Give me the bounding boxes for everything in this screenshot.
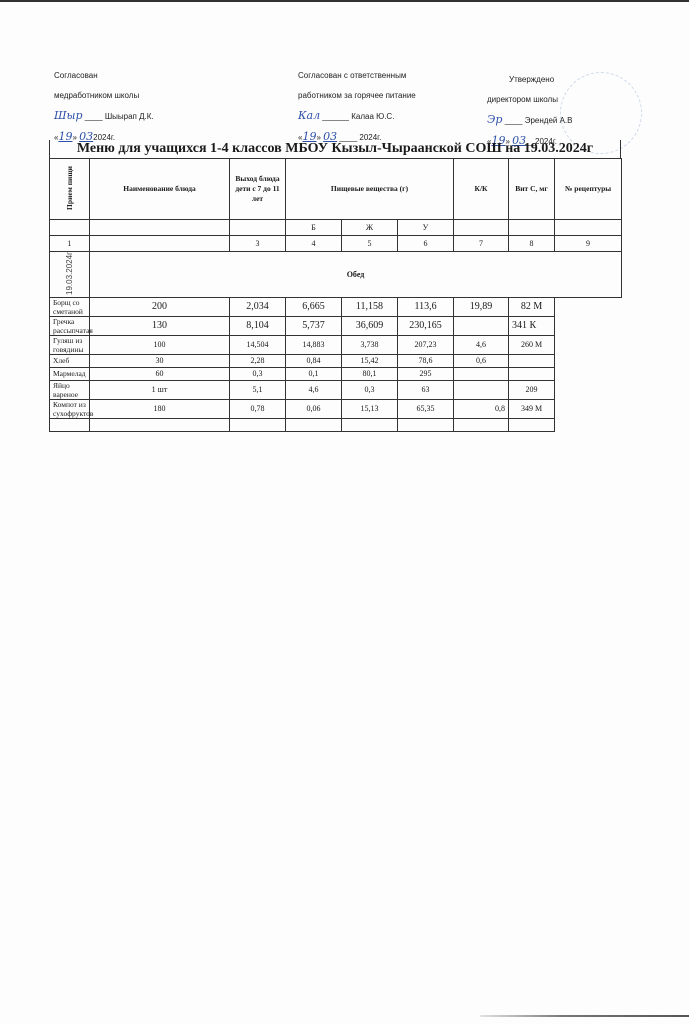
cell-kcal: 63 [398,380,454,399]
cell-zh: 14,883 [286,335,342,354]
table-row: Гуляш из говядины10014,50414,8833,738207… [50,335,622,354]
approval-line1: Согласован [54,66,154,86]
top-edge-line [0,0,689,2]
approval-medical: Согласован медработником школы Шыр ____ … [54,66,154,148]
approval-name: Шыырап Д.К. [105,112,154,121]
approval-name-line: Шыр ____ Шыырап Д.К. [54,106,154,127]
cell-recipe [509,367,555,380]
approval-line2: директором школы [487,90,573,110]
cell-yield: 100 [90,335,230,354]
cell-recipe [509,418,555,431]
cell-zh: 0,1 [286,367,342,380]
cell-recipe [509,354,555,367]
table-row [50,418,622,431]
cell-vitc [454,316,509,335]
cell-recipe: 349 М [509,399,555,418]
cell-vitc [454,380,509,399]
cell-kcal: 78,6 [398,354,454,367]
cell-b: 0,3 [230,367,286,380]
cell-u: 11,158 [342,297,398,316]
cell-yield [90,418,230,431]
signature: Кал [298,109,320,122]
cell-vitc [454,367,509,380]
section-row: 19.03.2024г Обед [50,252,622,298]
approval-food-responsible: Согласован с ответственным работником за… [298,66,416,148]
section-title: Обед [90,252,622,298]
cell-b: 2,28 [230,354,286,367]
menu-document: Меню для учащихся 1-4 классов МБОУ Кызыл… [49,140,621,432]
page-title: Меню для учащихся 1-4 классов МБОУ Кызыл… [49,140,621,158]
cell-yield: 30 [90,354,230,367]
cell-recipe: 209 [509,380,555,399]
cell-vitc: 0,8 [454,399,509,418]
cell-dish [50,418,90,431]
cell-yield: 180 [90,399,230,418]
subheader-zh: Ж [342,220,398,236]
table-row: Яйцо вареное1 шт5,14,60,363209 [50,380,622,399]
cell-u [342,418,398,431]
cell-u: 15,13 [342,399,398,418]
menu-table: Прием пищи Наименование блюда Выход блюд… [49,158,622,432]
cell-yield: 60 [90,367,230,380]
cell-yield: 200 [90,297,230,316]
cell-b: 14,504 [230,335,286,354]
table-row: Мармелад600,30,180,1295 [50,367,622,380]
cell-dish: Гуляш из говядины [50,335,90,354]
cell-dish: Мармелад [50,367,90,380]
cell-dish: Борщ со сметаной [50,297,90,316]
table-row: Компот из сухофруктов1800,780,0615,1365,… [50,399,622,418]
approval-name-line: Кал ______ Калаа Ю.С. [298,106,416,127]
header-recipe: № рецептуры [555,159,622,220]
header-dish: Наименование блюда [90,159,230,220]
cell-u: 36,609 [342,316,398,335]
cell-yield: 1 шт [90,380,230,399]
cell-dish: Компот из сухофруктов [50,399,90,418]
cell-yield: 130 [90,316,230,335]
numbering-row: 1 3 4 5 6 7 8 9 [50,236,622,252]
cell-b: 0,78 [230,399,286,418]
cell-recipe: 260 М [509,335,555,354]
cell-vitc: 4,6 [454,335,509,354]
cell-b: 8,104 [230,316,286,335]
cell-zh: 5,737 [286,316,342,335]
cell-zh [286,418,342,431]
cell-recipe: 341 К [509,316,555,335]
cell-b: 2,034 [230,297,286,316]
subheader-row: Б Ж У [50,220,622,236]
approval-name: Эрендей А.В [525,116,573,125]
cell-kcal: 113,6 [398,297,454,316]
header-nutrients: Пищевые вещества (г) [286,159,454,220]
approval-line1: Утверждено [487,70,573,90]
cell-zh: 4,6 [286,380,342,399]
table-row: Борщ со сметаной2002,0346,66511,158113,6… [50,297,622,316]
bottom-edge-line [480,1015,689,1017]
signature: Эр [487,113,502,126]
header-meal: Прием пищи [50,159,90,220]
signature: Шыр [54,109,83,122]
approval-line2: работником за горячее питание [298,86,416,106]
cell-vitc: 19,89 [454,297,509,316]
cell-dish: Хлеб [50,354,90,367]
approval-name: Калаа Ю.С. [351,112,394,121]
header-yield: Выход блюда дети с 7 до 11 лет [230,159,286,220]
cell-u: 80,1 [342,367,398,380]
cell-dish: Гречка рассыпчатая [50,316,90,335]
cell-zh: 0,06 [286,399,342,418]
cell-u: 0,3 [342,380,398,399]
cell-kcal: 65,35 [398,399,454,418]
cell-kcal: 230,165 [398,316,454,335]
table-row: Хлеб302,280,8415,4278,60,6 [50,354,622,367]
cell-vitc [454,418,509,431]
header-kcal: К/К [454,159,509,220]
approval-name-line: Эр ____ Эрендей А.В [487,110,573,131]
cell-u: 15,42 [342,354,398,367]
subheader-b: Б [286,220,342,236]
cell-zh: 6,665 [286,297,342,316]
date-cell: 19.03.2024г [50,252,90,298]
cell-b: 5,1 [230,380,286,399]
cell-vitc: 0,6 [454,354,509,367]
cell-u: 3,738 [342,335,398,354]
cell-b [230,418,286,431]
approval-line2: медработником школы [54,86,154,106]
cell-recipe: 82 М [509,297,555,316]
table-row: Гречка рассыпчатая1308,1045,73736,609230… [50,316,622,335]
header-row: Прием пищи Наименование блюда Выход блюд… [50,159,622,220]
cell-zh: 0,84 [286,354,342,367]
cell-kcal [398,418,454,431]
subheader-u: У [398,220,454,236]
cell-dish: Яйцо вареное [50,380,90,399]
cell-kcal: 295 [398,367,454,380]
approval-line1: Согласован с ответственным [298,66,416,86]
cell-kcal: 207,23 [398,335,454,354]
header-vitc: Вит С, мг [509,159,555,220]
